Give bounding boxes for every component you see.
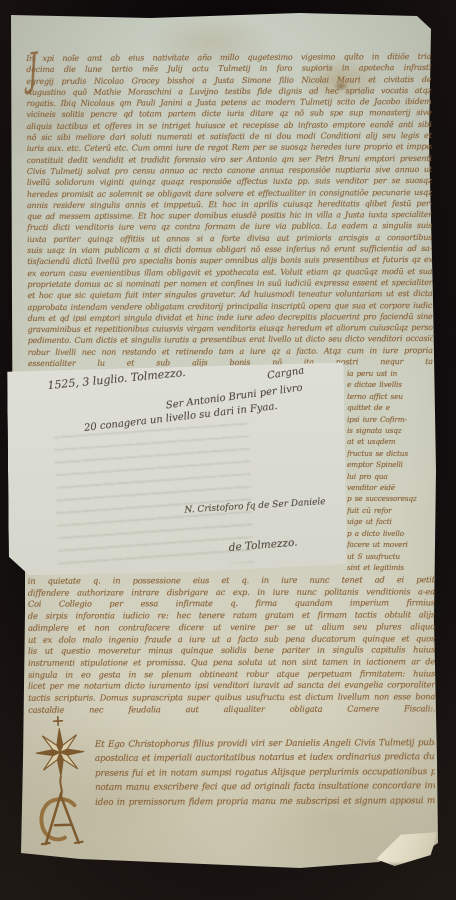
manuscript-text-line: fuit cū refor (347, 505, 433, 516)
manuscript-text-line: fructus se dictus (347, 448, 433, 459)
manuscript-text-line: sint et legitimis (347, 562, 433, 573)
manuscript-text-line: terno affict seu (347, 391, 433, 402)
manuscript-text-line: facere ut moveri (347, 539, 433, 550)
latin-text-block-top: In xpi noĩe amt ab eius nativitate año m… (26, 51, 433, 369)
folded-slip-overlay: 1525, 3 luglio. Tolmezzo. Cargna Ser Ant… (7, 363, 347, 576)
manuscript-text-line: is signata usqz (347, 425, 433, 436)
manuscript-text-line: quittet de e (347, 402, 433, 413)
manuscript-text-line: at et usqdem (347, 436, 433, 447)
latin-text-column-right: ia peru ust ine dictae livellisterno aff… (347, 368, 433, 573)
latin-text-block-middle: in quietate q. in possessione eius et q.… (28, 574, 435, 716)
manuscript-text-line: venditor eidē (347, 482, 433, 493)
photo-backdrop: J In xpi noĩe amt ab eius nativitate año… (0, 0, 456, 900)
show-through-text (54, 423, 254, 570)
manuscript-text-line: ut S usufructu (347, 551, 433, 562)
manuscript-text-line: lui pro qua (347, 471, 433, 482)
notary-signum-icon (28, 712, 95, 847)
manuscript-text-line: uige ut facti (347, 516, 433, 527)
manuscript-text-line: ipsi iure Cofirm- (347, 414, 433, 425)
manuscript-text-line: ia peru ust in (347, 368, 433, 379)
manuscript-text-line: emptor Spinelli (347, 459, 433, 470)
manuscript-text-line: p a dicto livello (347, 528, 433, 539)
manuscript-text-line: e dictae livellis (347, 379, 433, 390)
region-note-cargna: Cargna (267, 365, 305, 381)
manuscript-text-line: p se successoresqz (347, 493, 433, 504)
manuscript-text-line: ideo in premissorum fidem propria manu m… (95, 794, 435, 810)
notary-subscription-block: Et Ego Christophorus filius providi viri… (95, 736, 435, 810)
